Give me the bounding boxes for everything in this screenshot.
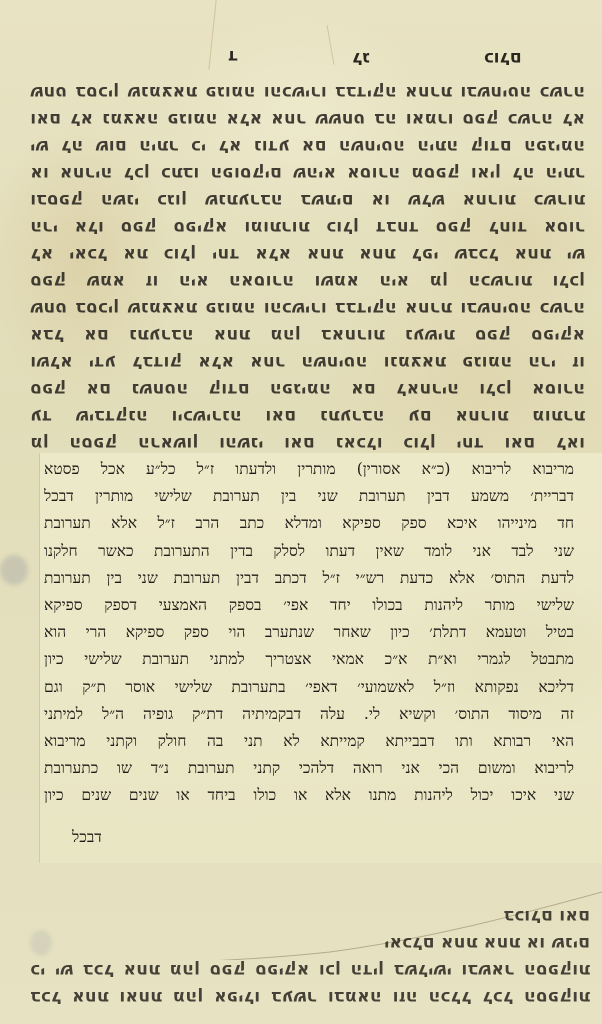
inverted-line: ושלא ידע לבדוק אלא אחר השחיטה ונמצאת פגו… [30,348,585,375]
slip-line: מתבטל לגמרי וא״ת א״כ אמאי אצטריך למתני ת… [44,646,574,673]
slip-text-block: מריבוא לריבוא (כ״א אסורין) מותרין ולדעתו… [44,456,574,809]
folio-mark: לג [352,48,370,68]
slip-line: בטיל וטעמא דתלת׳ כיון שאחר שנתערב הוי ספ… [44,619,574,646]
inverted-line: ובספק השני כגון שנתערבה בשתים או שלש אחר… [30,186,585,213]
inverted-line: ואם לא נמצאה פגומה אלא אחר ששחט בה ואמרו… [30,105,585,132]
slip-line: לדעת התוס׳ אלא כדעת רש״י ז״ל דכתב דבין ת… [44,565,574,592]
inverted-line: מן הספק הראשון והשני ואם נאכלו כולן יחד … [30,429,585,456]
inverted-line: או אחריה לכן כתבו הפוסקים שהיא אסורה מספ… [30,159,585,186]
slip-line: שלישי מותר ליהנות בכולו יחד אפי׳ בספק הא… [44,592,574,619]
inverted-line: אבל אם נתערבה אחת מהן באחרות נעשית ספק ס… [30,321,585,348]
inverted-text-block-bottom: בכל אחת ואחת מהן אפילו בעשר ובמאה וזה הכ… [30,902,590,1010]
slip-line: לריבוא ומשום הכי אני רואה דלהכי קתני תער… [44,755,574,782]
inverted-line: שחט בסכין שנמצאת פגומה והכשירו בבדיקה אח… [30,78,585,105]
catchword-top: כולם [484,48,522,68]
header-letter: ד [228,46,238,66]
inverted-line: עד שיבדקנה ויכשירנה ואם נתערבה עם אחרות … [30,402,585,429]
inverted-line: יש לה שום היתר כי לא נודע אם השחיטה היתה… [30,132,585,159]
inverted-line: שחט בסכין שנמצאת פגומה והכשירו בבדיקה אח… [30,294,585,321]
inverted-line: יאכלם אחת אחת או שנים [30,929,590,956]
catchword-bottom: דבכל [72,828,102,847]
page-header: ד לג כולם [0,44,602,72]
slip-line: דליכא נפקותא וז״ל לאשמועי׳ דאפי׳ בתערובת… [44,674,574,701]
inverted-line: לא יאכל את כולן יחד אלא אחת אחת לפי שבכל… [30,240,585,267]
slip-line: זה מיסוד התוס׳ וקשיא לי. עלה דבקמיתיה דת… [44,701,574,728]
inverted-text-block-top: מן הספק הראשון והשני ואם נאכלו כולן יחד … [30,78,585,456]
inverted-line: כי יש בכל אחת מהן ספק ספיקא וכן הדין בשל… [30,956,590,983]
inverted-line: ספק שמא זו היא האסורה ושמא היא מן הכשרות… [30,267,585,294]
slip-line: שני לבד אני לומד שאין דעתו לסלק בדין התע… [44,538,574,565]
inverted-line: ספק אם נשחטה קודם הפגימה אם לאחריה ולכן … [30,375,585,402]
inverted-line: בכולם ואם [30,902,590,929]
inverted-line: בכל אחת ואחת מהן אפילו בעשר ובמאה וזה הכ… [30,983,590,1010]
pasted-slip: מריבוא לריבוא (כ״א אסורין) מותרין ולדעתו… [40,453,602,863]
slip-line: דבריית׳ משמע דבין תערובת שני בין תערובת … [44,483,574,510]
slip-line: האי רבותא ותו דבבייתא קמייתא לא תני בה ח… [44,728,574,755]
slip-line: שני איכו יכול ליהנות מתנו אלא או כולו בי… [44,782,574,809]
inverted-line: הרי אלו ספק ספיקא ומותרות כולן דבחד ספק … [30,213,585,240]
water-stain [0,555,28,585]
slip-line: חד מינייהו איכא ספק ספיקא ומדלא כתב הרב … [44,510,574,537]
slip-line: מריבוא לריבוא (כ״א אסורין) מותרין ולדעתו… [44,456,574,483]
